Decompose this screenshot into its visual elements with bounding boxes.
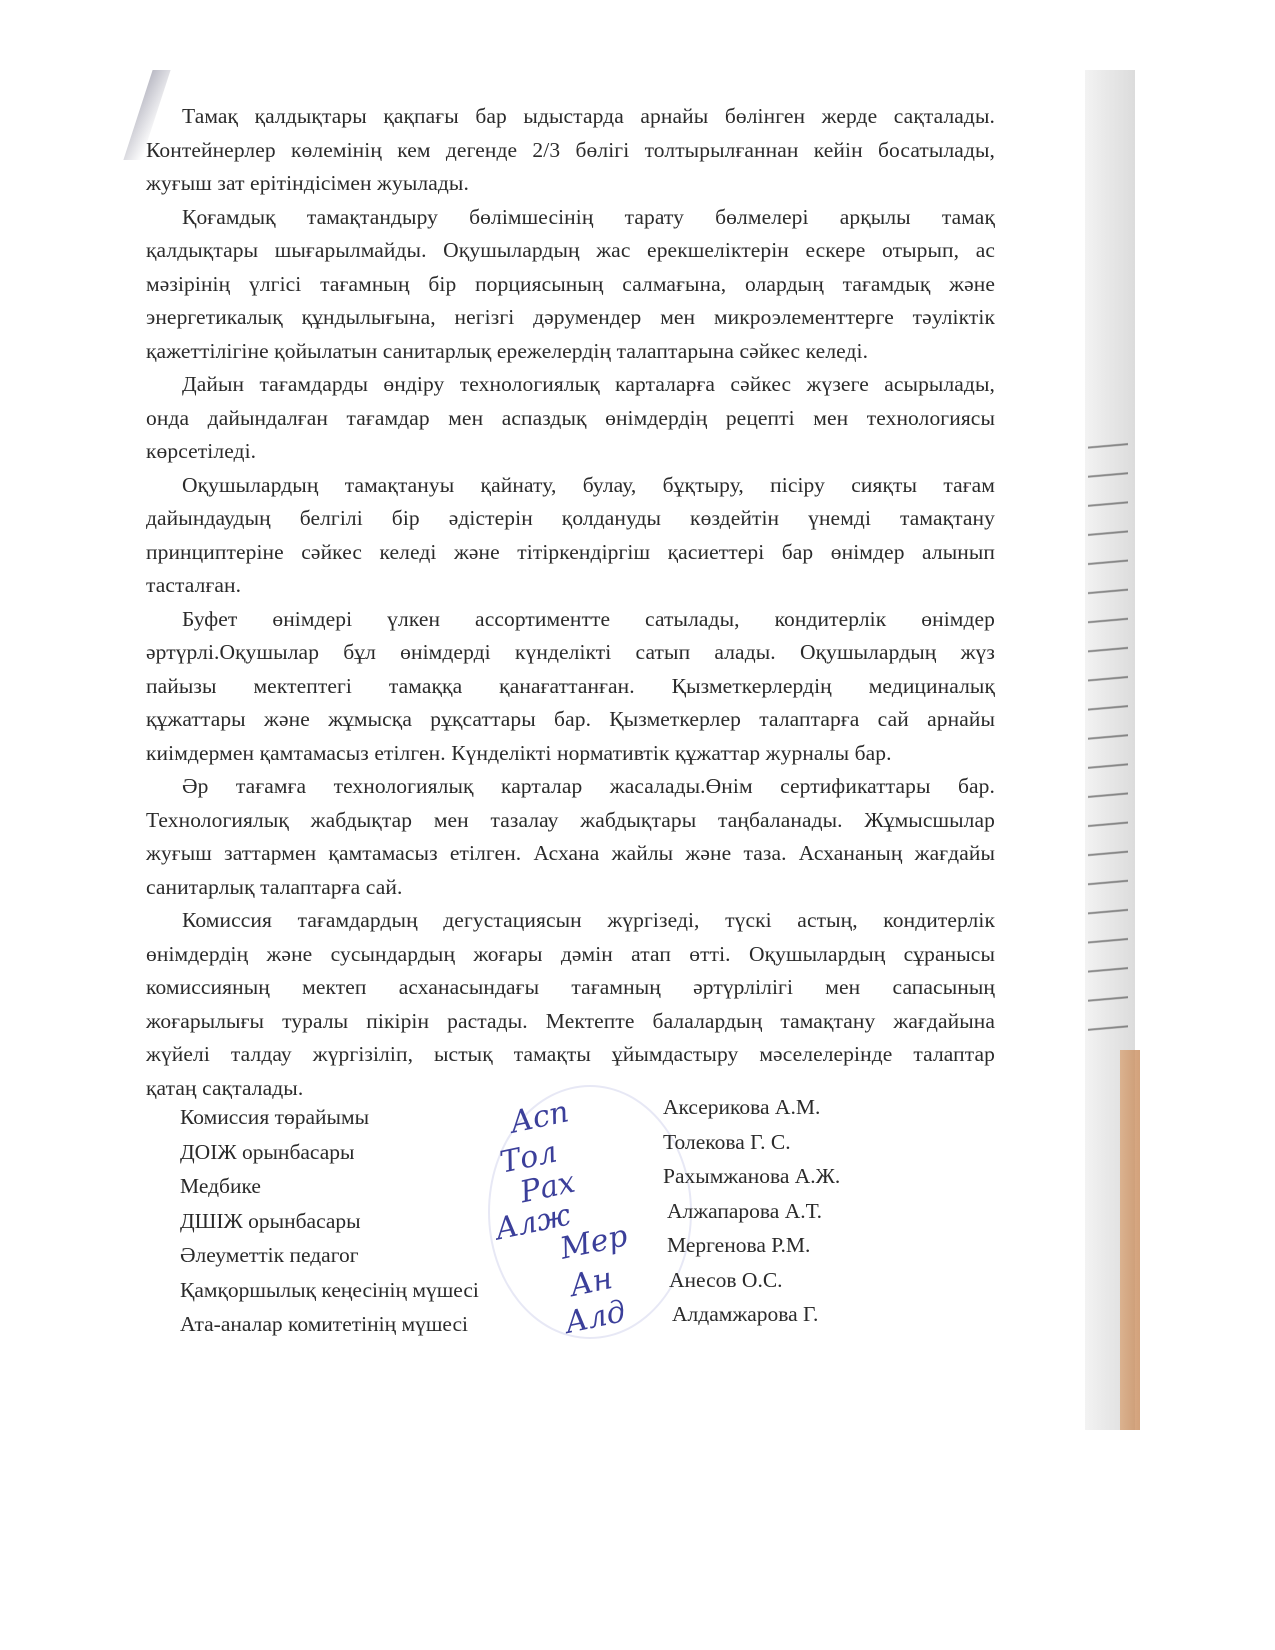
text-line: Дайын тағамдарды өндіру технологиялық ка… bbox=[180, 368, 995, 402]
text-line: жуғыш зат ерітіндісімен жуылады. bbox=[146, 167, 995, 201]
text-line: принциптеріне сәйкес келеді және тітірке… bbox=[146, 536, 995, 570]
signatory-role: Қамқоршылық кеңесінің мүшесі bbox=[180, 1278, 479, 1303]
signatory-role: Комиссия төрайымы bbox=[180, 1105, 369, 1130]
text-line: Контейнерлер көлемінің кем дегенде 2/3 б… bbox=[146, 134, 995, 168]
signatory-name: Алжапарова А.Т. bbox=[667, 1199, 822, 1224]
text-line: құжаттары және жұмысқа рұқсаттары бар. Қ… bbox=[146, 703, 995, 737]
text-line: санитарлық талаптарға сай. bbox=[146, 871, 995, 905]
signatory-row: Комиссия төрайымы Аксерикова А.М. bbox=[180, 1105, 900, 1140]
text-line: Комиссия тағамдардың дегустациясын жүргі… bbox=[180, 904, 995, 938]
text-line: жоғарылығы туралы пікірін растады. Мекте… bbox=[146, 1005, 995, 1039]
text-line: қалдықтары шығарылмайды. Оқушылардың жас… bbox=[146, 234, 995, 268]
text-line: онда дайындалған тағамдар мен аспаздық ө… bbox=[146, 402, 995, 436]
text-line: Тамақ қалдықтары қақпағы бар ыдыстарда а… bbox=[180, 100, 995, 134]
signatory-name: Аксерикова А.М. bbox=[663, 1095, 820, 1120]
document-body: Тамақ қалдықтары қақпағы бар ыдыстарда а… bbox=[180, 100, 995, 1105]
signatory-name: Анесов О.С. bbox=[669, 1268, 783, 1293]
paragraph-waste: Тамақ қалдықтары қақпағы бар ыдыстарда а… bbox=[180, 100, 995, 201]
signatory-row: Ата-аналар комитетінің мүшесі Алдамжаров… bbox=[180, 1312, 900, 1347]
signatory-role: Ата-аналар комитетінің мүшесі bbox=[180, 1312, 468, 1337]
paragraph-equipment: Әр тағамға технологиялық карталар жасала… bbox=[180, 770, 995, 904]
text-line: жүйелі талдау жүргізіліп, ыстық тамақты … bbox=[146, 1038, 995, 1072]
text-line: Буфет өнімдері үлкен ассортиментте сатыл… bbox=[180, 603, 995, 637]
paragraph-technology: Дайын тағамдарды өндіру технологиялық ка… bbox=[180, 368, 995, 469]
signatory-role: Медбике bbox=[180, 1174, 261, 1199]
signatory-name: Толекова Г. С. bbox=[663, 1130, 791, 1155]
signatory-role: ДОІЖ орынбасары bbox=[180, 1140, 354, 1165]
signatory-role: Әлеуметтік педагог bbox=[180, 1243, 359, 1268]
signatory-name: Мергенова Р.М. bbox=[667, 1233, 810, 1258]
text-line: киімдермен қамтамасыз етілген. Күнделікт… bbox=[146, 737, 995, 771]
paragraph-commission: Комиссия тағамдардың дегустациясын жүргі… bbox=[180, 904, 995, 1105]
text-line: дайындаудың белгілі бір әдістерін қолдан… bbox=[146, 502, 995, 536]
text-line: өнімдердің және сусындардың жоғары дәмін… bbox=[146, 938, 995, 972]
text-line: жуғыш заттармен қамтамасыз етілген. Асха… bbox=[146, 837, 995, 871]
signatory-name: Алдамжарова Г. bbox=[672, 1302, 818, 1327]
signatory-role: ДШІЖ орынбасары bbox=[180, 1209, 361, 1234]
text-line: Әр тағамға технологиялық карталар жасала… bbox=[180, 770, 995, 804]
signatory-name: Рахымжанова А.Ж. bbox=[663, 1164, 840, 1189]
text-line: Қоғамдық тамақтандыру бөлімшесінің тарат… bbox=[180, 201, 995, 235]
text-line: пайызы мектептегі тамаққа қанағаттанған.… bbox=[146, 670, 995, 704]
text-line: комиссияның мектеп асханасындағы тағамны… bbox=[146, 971, 995, 1005]
text-line: тасталған. bbox=[146, 569, 995, 603]
paragraph-nutrition: Оқушылардың тамақтануы қайнату, булау, б… bbox=[180, 469, 995, 603]
signatories-block: Комиссия төрайымы Аксерикова А.М. ДОІЖ о… bbox=[180, 1105, 900, 1347]
signatory-row: Әлеуметтік педагог Мергенова Р.М. bbox=[180, 1243, 900, 1278]
text-line: Оқушылардың тамақтануы қайнату, булау, б… bbox=[180, 469, 995, 503]
text-line: қажеттілігіне қойылатын санитарлық ереже… bbox=[146, 335, 995, 369]
text-line: көрсетіледі. bbox=[146, 435, 995, 469]
text-line: Технологиялық жабдықтар мен тазалау жабд… bbox=[146, 804, 995, 838]
table-surface-edge bbox=[1120, 1050, 1140, 1430]
text-line: әртүрлі.Оқушылар бұл өнімдерді күнделікт… bbox=[146, 636, 995, 670]
text-line: мәзірінің үлгісі тағамның бір порциясыны… bbox=[146, 268, 995, 302]
adjacent-page-ruling bbox=[1088, 420, 1128, 1040]
text-line: энергетикалық құндылығына, негізгі дәрум… bbox=[146, 301, 995, 335]
paragraph-catering: Қоғамдық тамақтандыру бөлімшесінің тарат… bbox=[180, 201, 995, 369]
paragraph-buffet: Буфет өнімдері үлкен ассортиментте сатыл… bbox=[180, 603, 995, 771]
